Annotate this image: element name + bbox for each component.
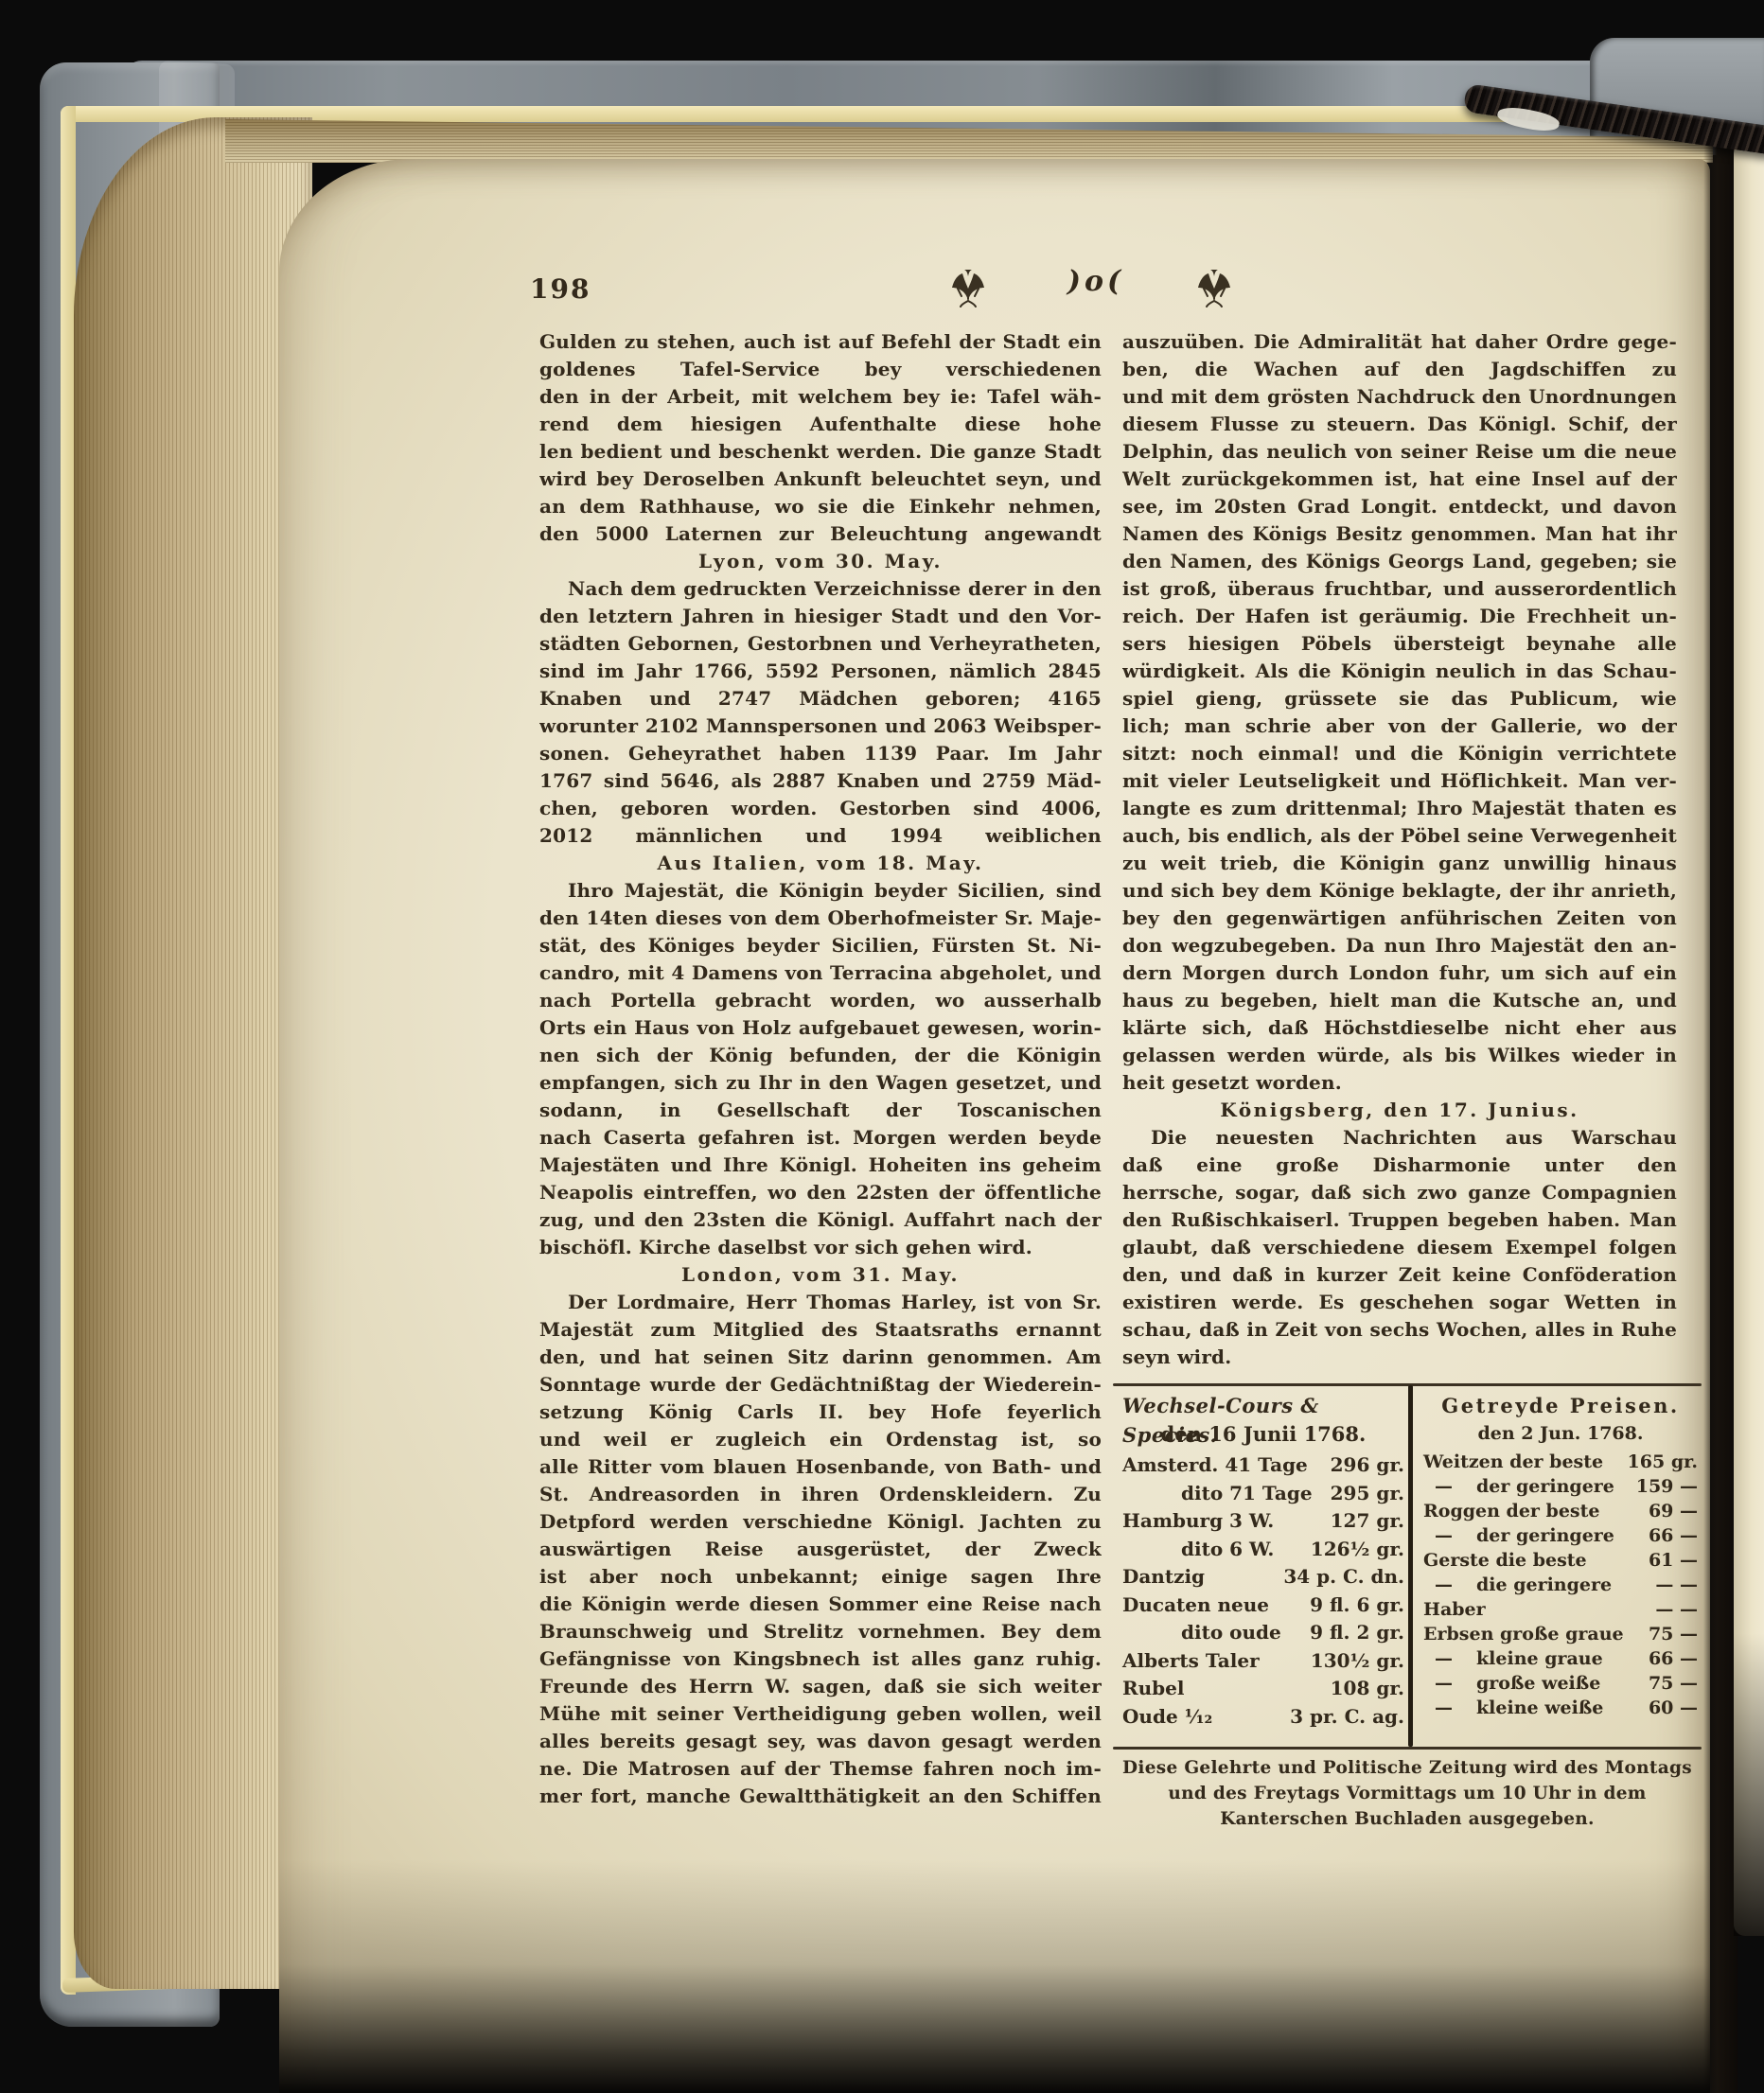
table-row: —große weiße75 — (1423, 1671, 1698, 1696)
paragraph: Der Lordmaire, Herr Thomas Harley, ist v… (539, 1289, 1102, 1810)
table-row: Amsterd. 41 Tage296 gr. (1122, 1451, 1404, 1480)
text-line: Namen des Königs Besitz genommen. Man ha… (1122, 520, 1677, 548)
text-line: Delphin, das neulich von seiner Reise um… (1122, 438, 1677, 466)
table-row: Hamburg 3 W.127 gr. (1122, 1507, 1404, 1536)
text-line: den, und hat seinen Sitz darinn genommen… (539, 1344, 1102, 1371)
text-line: nen sich der König befunden, der die Kön… (539, 1042, 1102, 1069)
text-line: St. Andreasorden in ihren Ordenskleidern… (539, 1481, 1102, 1508)
text-line: mit vieler Leutseligkeit und Höflichkeit… (1122, 767, 1677, 795)
text-line: 2012 männlichen und 1994 weiblichen Gesc… (539, 822, 1102, 850)
section-heading: Lyon, vom 30. May. (539, 548, 1102, 575)
text-line: 1767 sind 5646, als 2887 Knaben und 2759… (539, 767, 1102, 795)
text-line: nach Caserta gefahren ist. Morgen werden… (539, 1124, 1102, 1152)
table-rule-top (1113, 1383, 1702, 1386)
text-line: Die neuesten Nachrichten aus Warschau me… (1122, 1124, 1677, 1152)
table-row: Ducaten neue9 fl. 6 gr. (1122, 1592, 1404, 1620)
text-line: Ihro Majestät, die Königin beyder Sicili… (539, 877, 1102, 905)
text-line: herrsche, sogar, daß sich zwo ganze Comp… (1122, 1179, 1677, 1206)
text-line: nach Portella gebracht worden, wo ausser… (539, 987, 1102, 1014)
text-line: und weil er zugleich ein Ordenstag ist, … (539, 1426, 1102, 1453)
text-line: sind im Jahr 1766, 5592 Personen, nämlic… (539, 658, 1102, 685)
paragraph: Ihro Majestät, die Königin beyder Sicili… (539, 877, 1102, 1261)
text-line: Orts ein Haus von Holz aufgebauet gewese… (539, 1014, 1102, 1042)
table-rule-bottom (1113, 1747, 1702, 1750)
table-date: den 2 Jun. 1768. (1423, 1420, 1698, 1450)
table-row: Weitzen der beste165 gr. (1423, 1450, 1698, 1474)
text-line: rend dem hiesigen Aufenthalte diese hohe… (539, 411, 1102, 438)
paragraph: Die neuesten Nachrichten aus Warschau me… (1122, 1124, 1677, 1371)
shell-ornament-icon (946, 267, 990, 308)
text-line: den letztern Jahren in hiesiger Stadt un… (539, 603, 1102, 630)
text-line: langte es zum drittenmal; Ihro Majestät … (1122, 795, 1677, 822)
text-line: daß eine große Disharmonie unter den Con… (1122, 1152, 1677, 1179)
text-column-right: auszuüben. Die Admiralität hat daher Ord… (1122, 328, 1677, 1371)
exchange-rates-table: Wechsel-Cours & Species. den 16 Junii 17… (1122, 1391, 1404, 1731)
table-row: dito 6 W.126½ gr. (1122, 1536, 1404, 1564)
text-line: sitzt: noch einmal! und die Königin verr… (1122, 740, 1677, 767)
table-title: Wechsel-Cours & Species. (1122, 1391, 1404, 1420)
text-line: mer fort, manche Gewaltthätigkeit an den… (539, 1783, 1102, 1810)
text-line: goldenes Tafel-Service bey verschiedenen… (539, 356, 1102, 383)
text-line: Braunschweig und Strelitz vornehmen. Bey… (539, 1618, 1102, 1645)
text-line: reich. Der Hafen ist geräumig. Die Frech… (1122, 603, 1677, 630)
text-line: Detpford werden verschiedne Königl. Jach… (539, 1508, 1102, 1536)
section-heading: London, vom 31. May. (539, 1261, 1102, 1289)
text-line: auszuüben. Die Admiralität hat daher Ord… (1122, 328, 1677, 356)
text-line: ben, die Wachen auf den Jagdschiffen zu … (1122, 356, 1677, 383)
paragraph: Nach dem gedruckten Verzeichnisse derer … (539, 575, 1102, 850)
text-line: den Namen, des Königs Georgs Land, gegeb… (1122, 548, 1677, 575)
text-line: klärte sich, daß Höchstdieselbe nicht eh… (1122, 1014, 1677, 1042)
text-line: gelassen werden würde, als bis Wilkes wi… (1122, 1042, 1677, 1069)
text-line: bischöfl. Kirche daselbst vor sich gehen… (539, 1234, 1102, 1261)
text-line: don wegzubegeben. Da nun Ihro Majestät d… (1122, 932, 1677, 959)
imprint-line: und des Freytags Vormittags um 10 Uhr in… (1113, 1781, 1702, 1806)
section-heading: Aus Italien, vom 18. May. (539, 850, 1102, 877)
table-row: dito 71 Tage295 gr. (1122, 1480, 1404, 1508)
text-line: den in der Arbeit, mit welchem bey ie: T… (539, 383, 1102, 411)
text-line: und mit dem grösten Nachdruck den Unordn… (1122, 383, 1677, 411)
text-line: den, und daß in kurzer Zeit keine Conföd… (1122, 1261, 1677, 1289)
table-row: Oude ¹⁄₁₂3 pr. C. ag. (1122, 1703, 1404, 1732)
table-row: —der geringere66 — (1423, 1523, 1698, 1548)
paragraph: Gulden zu stehen, auch ist auf Befehl de… (539, 328, 1102, 548)
text-line: ist groß, überaus fruchtbar, und aussero… (1122, 575, 1677, 603)
text-line: Majestät zum Mitglied des Staatsraths er… (539, 1316, 1102, 1344)
text-line: bey den gegenwärtigen anführischen Zeite… (1122, 905, 1677, 932)
text-line: glaubt, daß verschiedene diesem Exempel … (1122, 1234, 1677, 1261)
table-row: Haber— — (1423, 1597, 1698, 1622)
page-content: 198 )o( (0, 0, 1764, 2093)
text-line: Knaben und 2747 Mädchen geboren; 4165 ge… (539, 685, 1102, 712)
imprint-line: Kanterschen Buchladen ausgegeben. (1113, 1806, 1702, 1832)
book-scan: 198 )o( (0, 0, 1764, 2093)
table-row: Roggen der beste69 — (1423, 1499, 1698, 1523)
table-row: Dantzig34 p. C. dn. (1122, 1563, 1404, 1592)
text-line: zu weit trieb, die Königin ganz unwillig… (1122, 850, 1677, 877)
section-heading: Königsberg, den 17. Junius. (1122, 1097, 1677, 1124)
text-line: den 5000 Laternen zur Beleuchtung angewa… (539, 520, 1102, 548)
text-line: zug, und den 23sten die Königl. Auffahrt… (539, 1206, 1102, 1234)
text-column-left: Gulden zu stehen, auch ist auf Befehl de… (539, 328, 1102, 1810)
table-row: Rubel108 gr. (1122, 1675, 1404, 1703)
text-line: spiel gieng, grüssete sie das Publicum, … (1122, 685, 1677, 712)
text-line: alles bereits gesagt sey, was davon gesa… (539, 1728, 1102, 1755)
table-rows: Amsterd. 41 Tage296 gr.dito 71 Tage295 g… (1122, 1451, 1404, 1731)
text-line: empfangen, sich zu Ihr in den Wagen gese… (539, 1069, 1102, 1097)
text-line: die Königin werde diesen Sommer eine Rei… (539, 1591, 1102, 1618)
text-line: stät, des Königes beyder Sicilien, Fürst… (539, 932, 1102, 959)
table-row: Alberts Taler130½ gr. (1122, 1647, 1404, 1676)
table-row: —die geringere— — (1423, 1573, 1698, 1597)
text-line: Nach dem gedruckten Verzeichnisse derer … (539, 575, 1102, 603)
center-ornament: )o( (1052, 265, 1139, 298)
text-line: Mühe mit seiner Vertheidigung geben woll… (539, 1700, 1102, 1728)
grain-prices-table: Getreyde Preisen. den 2 Jun. 1768. Weitz… (1423, 1391, 1698, 1720)
text-line: chen, geboren worden. Gestorben sind 400… (539, 795, 1102, 822)
text-line: seyn wird. (1122, 1344, 1677, 1371)
text-line: dern Morgen durch London fuhr, um sich a… (1122, 959, 1677, 987)
shell-ornament-icon (1192, 267, 1236, 308)
text-line: Sonntage wurde der Gedächtnißtag der Wie… (539, 1371, 1102, 1398)
text-line: sers hiesigen Pöbels übersteigt beynahe … (1122, 630, 1677, 658)
text-line: see, im 20sten Grad Longit. entdeckt, un… (1122, 493, 1677, 520)
text-line: Gefängnisse von Kingsbnech ist alles gan… (539, 1645, 1102, 1673)
text-line: setzung König Carls II. bey Hofe feyerli… (539, 1398, 1102, 1426)
text-line: würdigkeit. Als die Königin neulich in d… (1122, 658, 1677, 685)
text-line: lich; man schrie aber von der Gallerie, … (1122, 712, 1677, 740)
table-column-divider (1408, 1385, 1413, 1747)
table-row: Erbsen große graue75 — (1423, 1622, 1698, 1646)
text-line: wird bey Deroselben Ankunft beleuchtet s… (539, 466, 1102, 493)
page-number: 198 (530, 273, 591, 305)
text-line: Der Lordmaire, Herr Thomas Harley, ist v… (539, 1289, 1102, 1316)
text-line: und sich bey dem Könige beklagte, der ih… (1122, 877, 1677, 905)
table-row: dito oude9 fl. 2 gr. (1122, 1619, 1404, 1647)
text-line: len bedient und beschenkt werden. Die ga… (539, 438, 1102, 466)
text-line: an dem Rathhause, wo sie die Einkehr neh… (539, 493, 1102, 520)
text-line: existiren werde. Es geschehen sogar Wett… (1122, 1289, 1677, 1316)
text-line: ne. Die Matrosen auf der Themse fahren n… (539, 1755, 1102, 1783)
table-rows: Weitzen der beste165 gr.—der geringere15… (1423, 1450, 1698, 1720)
text-line: Majestäten und Ihre Königl. Hoheiten ins… (539, 1152, 1102, 1179)
text-line: schau, daß in Zeit von sechs Wochen, all… (1122, 1316, 1677, 1344)
table-date: den 16 Junii 1768. (1122, 1420, 1404, 1451)
paragraph: auszuüben. Die Admiralität hat daher Ord… (1122, 328, 1677, 1097)
text-line: heit gesetzt worden. (1122, 1069, 1677, 1097)
text-line: Neapolis eintreffen, wo den 22sten der ö… (539, 1179, 1102, 1206)
table-row: —kleine weiße60 — (1423, 1696, 1698, 1720)
imprint-note: Diese Gelehrte und Politische Zeitung wi… (1113, 1755, 1702, 1832)
table-row: Gerste die beste61 — (1423, 1548, 1698, 1573)
text-line: sodann, in Gesellschaft der Toscanischen… (539, 1097, 1102, 1124)
table-row: —der geringere159 — (1423, 1474, 1698, 1499)
imprint-line: Diese Gelehrte und Politische Zeitung wi… (1113, 1755, 1702, 1781)
text-line: städten Gebornen, Gestorbnen und Verheyr… (539, 630, 1102, 658)
text-line: Welt zurückgekommen ist, hat eine Insel … (1122, 466, 1677, 493)
text-line: worunter 2102 Mannspersonen und 2063 Wei… (539, 712, 1102, 740)
text-line: Freunde des Herrn W. sagen, daß sie sich… (539, 1673, 1102, 1700)
text-line: den Rußischkaiserl. Truppen begeben habe… (1122, 1206, 1677, 1234)
text-line: Gulden zu stehen, auch ist auf Befehl de… (539, 328, 1102, 356)
text-line: haus zu begeben, hielt man die Kutsche a… (1122, 987, 1677, 1014)
text-line: auch, bis endlich, als der Pöbel seine V… (1122, 822, 1677, 850)
text-line: den 14ten dieses von dem Oberhofmeister … (539, 905, 1102, 932)
table-title: Getreyde Preisen. (1423, 1391, 1698, 1420)
text-line: candro, mit 4 Damens von Terracina abgeh… (539, 959, 1102, 987)
text-line: sonen. Geheyrathet haben 1139 Paar. Im J… (539, 740, 1102, 767)
text-line: ist aber noch unbekannt; einige sagen Ih… (539, 1563, 1102, 1591)
text-line: diesem Flusse zu steuern. Das Königl. Sc… (1122, 411, 1677, 438)
text-line: auswärtigen Reise ausgerüstet, der Zweck… (539, 1536, 1102, 1563)
table-row: —kleine graue66 — (1423, 1646, 1698, 1671)
text-line: alle Ritter vom blauen Hosenbande, von B… (539, 1453, 1102, 1481)
